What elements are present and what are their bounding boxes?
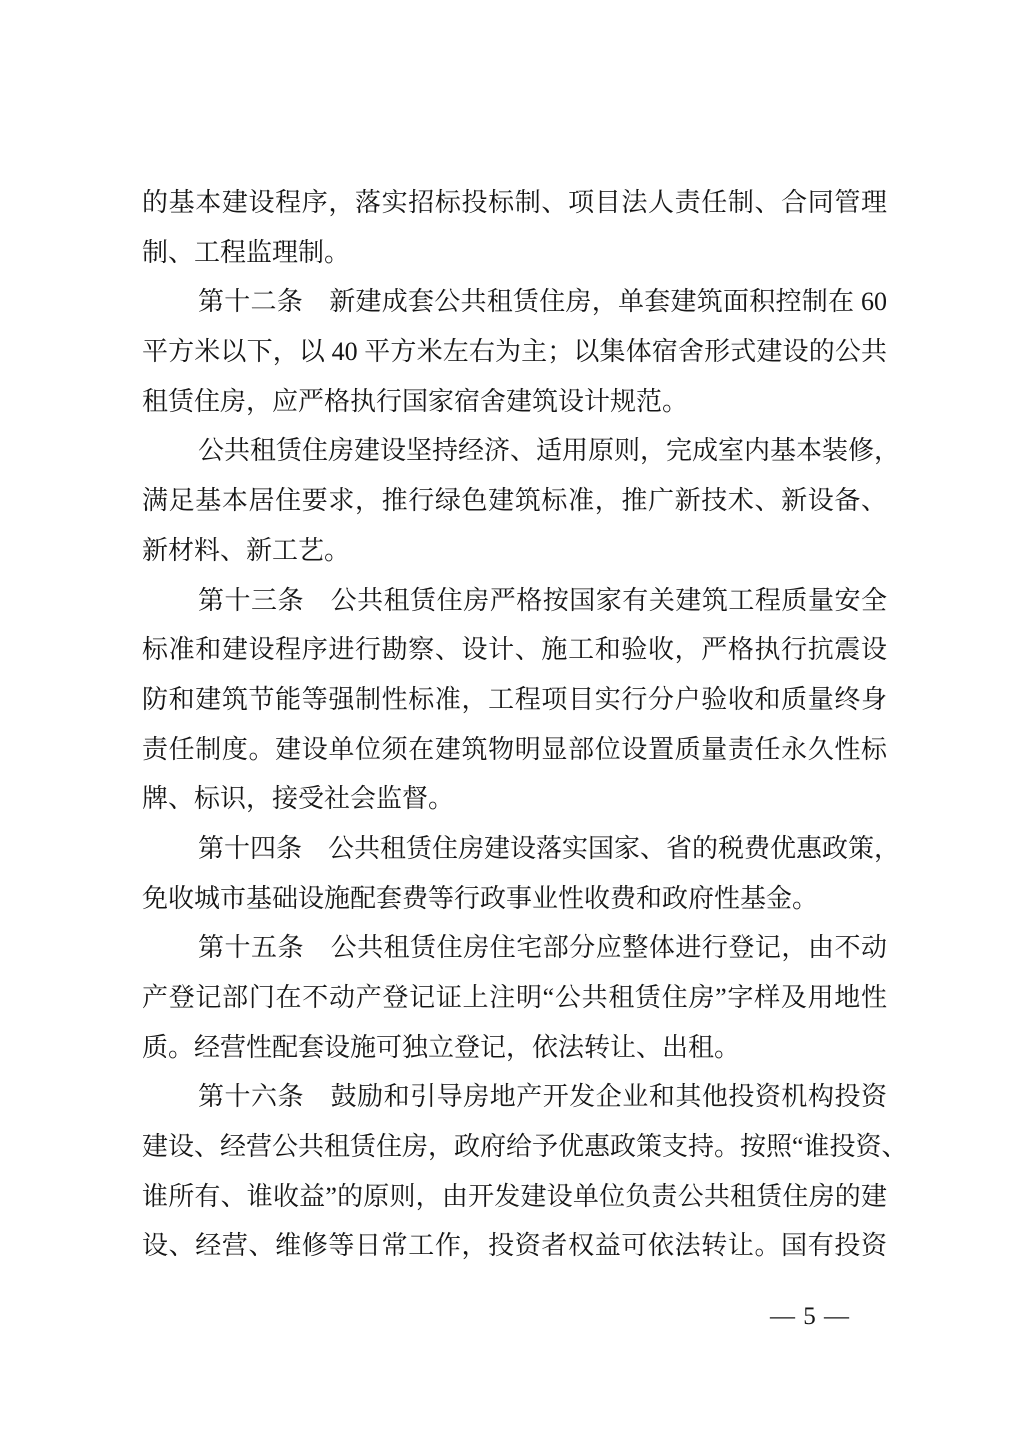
text-line: 责任制度。建设单位须在建筑物明显部位设置质量责任永久性标: [142, 725, 887, 775]
text-line: 牌、标识，接受社会监督。: [142, 774, 887, 824]
page-number: — 5 —: [770, 1300, 880, 1334]
text-line: 标准和建设程序进行勘察、设计、施工和验收，严格执行抗震设: [142, 625, 887, 675]
text-line: 新材料、新工艺。: [142, 526, 887, 576]
text-line: 的基本建设程序，落实招标投标制、项目法人责任制、合同管理: [142, 178, 887, 228]
document-body: 的基本建设程序，落实招标投标制、项目法人责任制、合同管理 制、工程监理制。 第十…: [142, 178, 887, 1271]
text-line: 租赁住房，应严格执行国家宿舍建筑设计规范。: [142, 377, 887, 427]
text-line: 第十六条 鼓励和引导房地产开发企业和其他投资机构投资: [142, 1072, 887, 1122]
text-line: 第十四条 公共租赁住房建设落实国家、省的税费优惠政策，: [142, 824, 887, 874]
text-line: 建设、经营公共租赁住房，政府给予优惠政策支持。按照“谁投资、: [142, 1122, 887, 1172]
text-line: 设、经营、维修等日常工作，投资者权益可依法转让。国有投资: [142, 1221, 887, 1271]
text-line: 制、工程监理制。: [142, 228, 887, 278]
document-page: 的基本建设程序，落实招标投标制、项目法人责任制、合同管理 制、工程监理制。 第十…: [0, 0, 1024, 1448]
text-line: 满足基本居住要求，推行绿色建筑标准，推广新技术、新设备、: [142, 476, 887, 526]
text-line: 平方米以下，以 40 平方米左右为主；以集体宿舍形式建设的公共: [142, 327, 887, 377]
text-line: 产登记部门在不动产登记证上注明“公共租赁住房”字样及用地性: [142, 973, 887, 1023]
text-line: 防和建筑节能等强制性标准，工程项目实行分户验收和质量终身: [142, 675, 887, 725]
text-line: 免收城市基础设施配套费等行政事业性收费和政府性基金。: [142, 874, 887, 924]
text-line: 第十三条 公共租赁住房严格按国家有关建筑工程质量安全: [142, 576, 887, 626]
text-line: 质。经营性配套设施可独立登记，依法转让、出租。: [142, 1023, 887, 1073]
text-line: 谁所有、谁收益”的原则，由开发建设单位负责公共租赁住房的建: [142, 1172, 887, 1222]
text-line: 公共租赁住房建设坚持经济、适用原则，完成室内基本装修，: [142, 426, 887, 476]
text-line: 第十五条 公共租赁住房住宅部分应整体进行登记，由不动: [142, 923, 887, 973]
text-line: 第十二条 新建成套公共租赁住房，单套建筑面积控制在 60: [142, 277, 887, 327]
